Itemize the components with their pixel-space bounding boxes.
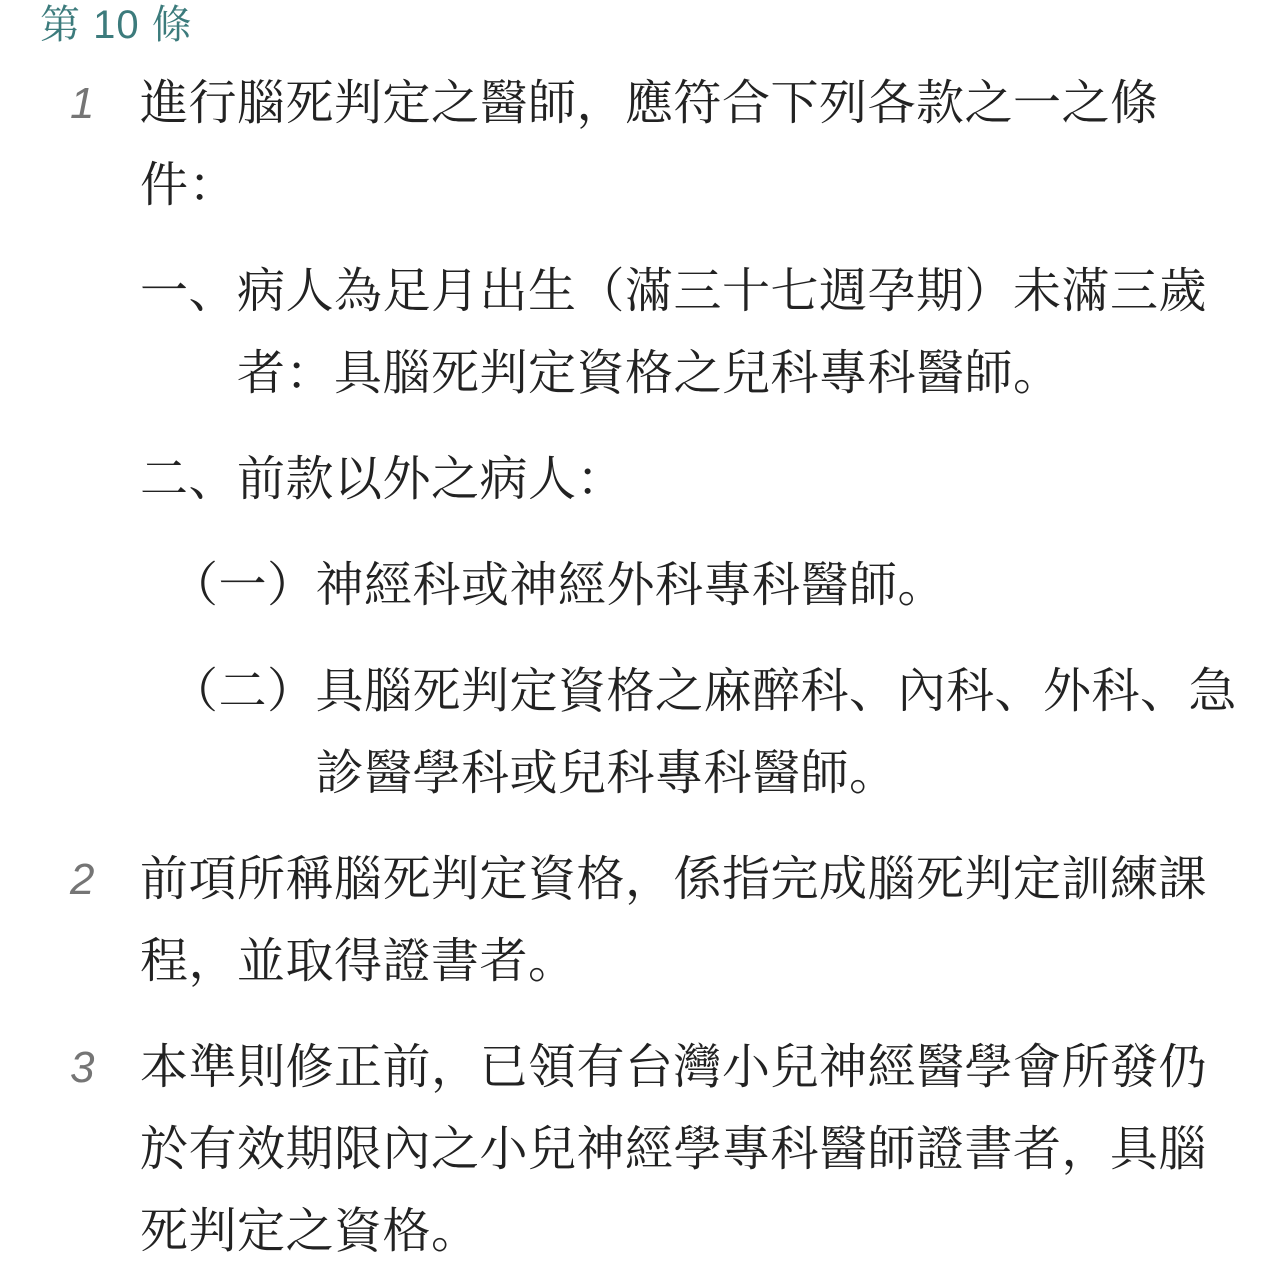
paragraph-2-body: 前項所稱腦死判定資格，係指完成腦死判定訓練課 程，並取得證書者。 <box>140 839 1284 1003</box>
item-2-marker: 二、 <box>140 439 237 521</box>
item-2-line-1: 前款以外之病人： <box>237 439 1284 521</box>
item-1-marker: 一、 <box>140 251 237 415</box>
paragraph-3-body: 本準則修正前，已領有台灣小兒神經醫學會所發仍 於有效期限內之小兒神經學專科醫師證… <box>140 1027 1284 1273</box>
paragraph-2-number: 2 <box>0 839 140 1003</box>
paragraph-1: 1 進行腦死判定之醫師，應符合下列各款之一之條 件： <box>0 63 1284 227</box>
paragraph-2: 2 前項所稱腦死判定資格，係指完成腦死判定訓練課 程，並取得證書者。 <box>0 839 1284 1003</box>
item-1-line-2: 者：具腦死判定資格之兒科專科醫師。 <box>237 333 1284 415</box>
paragraph-1-number: 1 <box>0 63 140 227</box>
paragraph-1-line-1: 進行腦死判定之醫師，應符合下列各款之一之條 <box>140 63 1284 145</box>
subitem-1-body: 神經科或神經外科專科醫師。 <box>316 545 1284 627</box>
paragraph-1-body: 進行腦死判定之醫師，應符合下列各款之一之條 件： <box>140 63 1284 227</box>
paragraph-3: 3 本準則修正前，已領有台灣小兒神經醫學會所發仍 於有效期限內之小兒神經學專科醫… <box>0 1027 1284 1273</box>
paragraph-1-item-2: 二、 前款以外之病人： <box>140 439 1284 521</box>
item-2-subitem-2: （二） 具腦死判定資格之麻醉科、內科、外科、急 診醫學科或兒科專科醫師。 <box>170 651 1284 815</box>
paragraph-3-number: 3 <box>0 1027 140 1273</box>
subitem-2-marker: （二） <box>170 651 316 815</box>
item-1-body: 病人為足月出生（滿三十七週孕期）未滿三歲 者：具腦死判定資格之兒科專科醫師。 <box>237 251 1284 415</box>
paragraph-3-line-3: 死判定之資格。 <box>140 1191 1284 1273</box>
paragraph-3-line-1: 本準則修正前，已領有台灣小兒神經醫學會所發仍 <box>140 1027 1284 1109</box>
law-article-page: 第 10 條 1 進行腦死判定之醫師，應符合下列各款之一之條 件： 一、 病人為… <box>0 0 1284 1280</box>
paragraph-1-line-2: 件： <box>140 145 1284 227</box>
item-2-subitem-1: （一） 神經科或神經外科專科醫師。 <box>170 545 1284 627</box>
paragraph-2-line-1: 前項所稱腦死判定資格，係指完成腦死判定訓練課 <box>140 839 1284 921</box>
subitem-2-line-1: 具腦死判定資格之麻醉科、內科、外科、急 <box>316 651 1284 733</box>
subitem-2-body: 具腦死判定資格之麻醉科、內科、外科、急 診醫學科或兒科專科醫師。 <box>316 651 1284 815</box>
item-1-line-1: 病人為足月出生（滿三十七週孕期）未滿三歲 <box>237 251 1284 333</box>
item-2-body: 前款以外之病人： <box>237 439 1284 521</box>
paragraph-1-item-1: 一、 病人為足月出生（滿三十七週孕期）未滿三歲 者：具腦死判定資格之兒科專科醫師… <box>140 251 1284 415</box>
paragraph-2-line-2: 程，並取得證書者。 <box>140 921 1284 1003</box>
subitem-2-line-2: 診醫學科或兒科專科醫師。 <box>316 733 1284 815</box>
paragraph-3-line-2: 於有效期限內之小兒神經學專科醫師證書者，具腦 <box>140 1109 1284 1191</box>
article-heading: 第 10 條 <box>40 0 1284 48</box>
subitem-1-line-1: 神經科或神經外科專科醫師。 <box>316 545 1284 627</box>
subitem-1-marker: （一） <box>170 545 316 627</box>
